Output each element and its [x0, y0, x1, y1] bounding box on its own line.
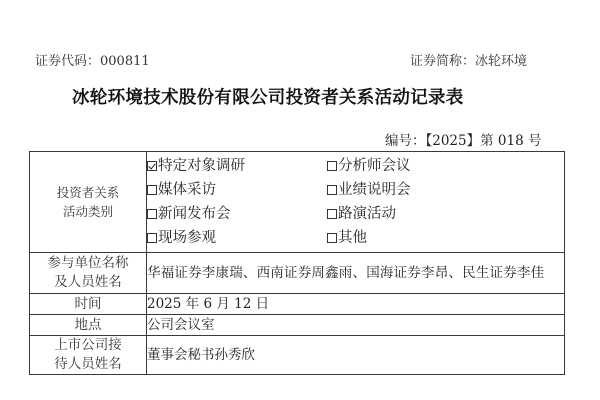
table-row-participants: 参与单位名称 及人员姓名 华福证券李康瑞、西南证券周鑫雨、国海证券李昂、民生证券…: [30, 253, 565, 294]
option-label: 路演活动: [338, 202, 396, 226]
activity-type-label: 投资者关系 活动类别: [30, 152, 147, 253]
checkbox-empty-icon[interactable]: [147, 233, 157, 243]
option-earnings-briefing[interactable]: 业绩说明会: [327, 178, 527, 202]
checkbox-empty-icon[interactable]: [327, 185, 337, 195]
activity-type-label-line1: 投资者关系: [30, 183, 146, 202]
reception-value: 董事会秘书孙秀欣: [147, 336, 565, 375]
option-label: 业绩说明会: [338, 178, 411, 202]
doc-number-value: 018: [498, 133, 524, 149]
doc-number-prefix: 第: [480, 133, 498, 149]
stock-code-label: 证券代码：: [35, 54, 100, 69]
doc-number-label: 编号：: [385, 133, 426, 149]
participants-label-line2: 及人员姓名: [30, 273, 146, 292]
checkbox-empty-icon[interactable]: [147, 209, 157, 219]
reception-label-line2: 待人员姓名: [30, 355, 146, 374]
participants-label: 参与单位名称 及人员姓名: [30, 253, 147, 294]
document-title: 冰轮环境技术股份有限公司投资者关系活动记录表: [0, 84, 600, 109]
option-label: 新闻发布会: [158, 202, 231, 226]
option-label: 现场参观: [158, 226, 216, 250]
option-roadshow[interactable]: 路演活动: [327, 202, 527, 226]
table-row-reception: 上市公司接 待人员姓名 董事会秘书孙秀欣: [30, 336, 565, 375]
stock-code: 证券代码：000811: [35, 50, 150, 69]
place-label: 地点: [30, 315, 147, 336]
option-site-visit[interactable]: 现场参观: [147, 226, 327, 250]
place-value: 公司会议室: [147, 315, 565, 336]
table-row-activity-type: 投资者关系 活动类别 特定对象调研 分析师会议 媒体采访 业绩说明会 新闻发布会: [30, 152, 565, 253]
reception-label-line1: 上市公司接: [30, 336, 146, 355]
participants-value: 华福证券李康瑞、西南证券周鑫雨、国海证券李昂、民生证券李佳: [147, 253, 565, 294]
option-label: 分析师会议: [338, 154, 411, 178]
stock-abbr-label: 证券简称：: [410, 54, 475, 69]
option-media-interview[interactable]: 媒体采访: [147, 178, 327, 202]
option-specific-research[interactable]: 特定对象调研: [147, 154, 327, 178]
checkbox-empty-icon[interactable]: [327, 161, 337, 171]
activity-type-label-line2: 活动类别: [30, 202, 146, 221]
option-label: 媒体采访: [158, 178, 216, 202]
stock-abbr-value: 冰轮环境: [475, 54, 527, 69]
option-label: 特定对象调研: [158, 154, 245, 178]
reception-label: 上市公司接 待人员姓名: [30, 336, 147, 375]
record-table: 投资者关系 活动类别 特定对象调研 分析师会议 媒体采访 业绩说明会 新闻发布会: [29, 151, 565, 375]
time-label: 时间: [30, 294, 147, 315]
table-row-time: 时间 2025 年 6 月 12 日: [30, 294, 565, 315]
time-value: 2025 年 6 月 12 日: [147, 294, 565, 315]
option-analyst-meeting[interactable]: 分析师会议: [327, 154, 527, 178]
doc-number-year: 【2025】: [426, 133, 481, 149]
checkbox-checked-icon[interactable]: [147, 161, 157, 171]
checkbox-empty-icon[interactable]: [327, 209, 337, 219]
checkbox-empty-icon[interactable]: [327, 233, 337, 243]
table-row-place: 地点 公司会议室: [30, 315, 565, 336]
option-label: 其他: [338, 226, 367, 250]
option-other[interactable]: 其他: [327, 226, 527, 250]
stock-code-value: 000811: [100, 54, 150, 69]
doc-number-suffix: 号: [524, 133, 542, 149]
activity-type-options: 特定对象调研 分析师会议 媒体采访 业绩说明会 新闻发布会 路演活动: [147, 152, 565, 253]
document-number: 编号：【2025】第 018 号: [385, 129, 541, 149]
participants-label-line1: 参与单位名称: [30, 254, 146, 273]
checkbox-empty-icon[interactable]: [147, 185, 157, 195]
stock-abbreviation: 证券简称：冰轮环境: [410, 50, 527, 69]
option-press-conference[interactable]: 新闻发布会: [147, 202, 327, 226]
